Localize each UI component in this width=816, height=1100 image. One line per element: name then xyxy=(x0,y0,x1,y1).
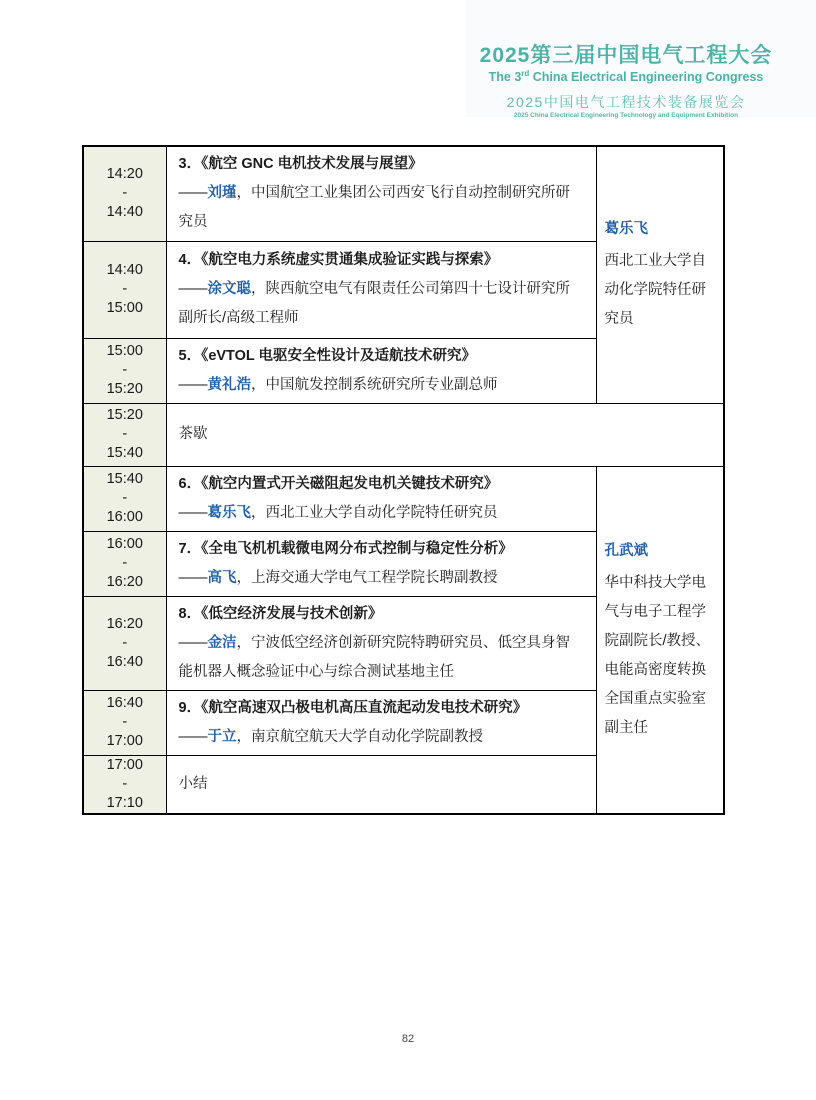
dash: —— xyxy=(179,281,208,297)
time-slot: 14:20 - 14:40 xyxy=(83,146,166,241)
congress-logo: 2025第三届中国电气工程大会 The 3rd China Electrical… xyxy=(458,44,794,119)
talk-speaker-line: ——葛乐飞，西北工业大学自动化学院特任研究员 xyxy=(179,499,584,528)
speaker-affiliation: ，西北工业大学自动化学院特任研究员 xyxy=(251,505,498,521)
talk-speaker-line: ——高飞，上海交通大学电气工程学院长聘副教授 xyxy=(179,564,584,593)
speaker-name: 涂文聪 xyxy=(208,281,252,297)
talk-cell: 4．《航空电力系统虚实贯通集成验证实践与探索》 ——涂文聪，陕西航空电气有限责任… xyxy=(166,241,596,338)
time-slot: 15:20 - 15:40 xyxy=(83,403,166,466)
time-slot: 17:00 - 17:10 xyxy=(83,755,166,814)
table-row: 15:40 - 16:00 6．《航空内置式开关磁阻起发电机关键技术研究》 ——… xyxy=(83,466,724,531)
talk-title: 4．《航空电力系统虚实贯通集成验证实践与探索》 xyxy=(179,246,584,275)
session-chair-cell: 孔武斌 华中科技大学电气与电子工程学院副院长/教授、电能高密度转换全国重点实验室… xyxy=(596,466,724,814)
dash: —— xyxy=(179,635,208,651)
dash: —— xyxy=(179,377,208,393)
time-slot: 16:00 - 16:20 xyxy=(83,531,166,596)
dash: —— xyxy=(179,185,208,201)
talk-title: 3．《航空 GNC 电机技术发展与展望》 xyxy=(179,150,584,179)
talk-speaker-line: ——于立，南京航空航天大学自动化学院副教授 xyxy=(179,723,584,752)
chair-affiliation: 西北工业大学自动化学院特任研究员 xyxy=(605,247,720,334)
talk-speaker-line: ——刘瑾，中国航空工业集团公司西安飞行自动控制研究所研究员 xyxy=(179,179,584,237)
chair-name: 孔武斌 xyxy=(605,537,720,566)
speaker-name: 葛乐飞 xyxy=(208,505,252,521)
talk-title: 8．《低空经济发展与技术创新》 xyxy=(179,600,584,629)
summary-cell: 小结 xyxy=(166,755,596,814)
speaker-name: 高飞 xyxy=(208,570,237,586)
talk-cell: 7．《全电飞机机载微电网分布式控制与稳定性分析》 ——高飞，上海交通大学电气工程… xyxy=(166,531,596,596)
time-slot: 14:40 - 15:00 xyxy=(83,241,166,338)
talk-cell: 9．《航空高速双凸极电机高压直流起动发电技术研究》 ——于立，南京航空航天大学自… xyxy=(166,690,596,755)
table-row: 14:20 - 14:40 3．《航空 GNC 电机技术发展与展望》 ——刘瑾，… xyxy=(83,146,724,241)
speaker-name: 于立 xyxy=(208,729,237,745)
page-number: 82 xyxy=(0,1033,816,1045)
talk-cell: 3．《航空 GNC 电机技术发展与展望》 ——刘瑾，中国航空工业集团公司西安飞行… xyxy=(166,146,596,241)
speaker-name: 黄礼浩 xyxy=(208,377,252,393)
session-chair-cell: 葛乐飞 西北工业大学自动化学院特任研究员 xyxy=(596,146,724,403)
congress-title-en: The 3rd China Electrical Engineering Con… xyxy=(458,69,794,85)
congress-title-cn: 2025第三届中国电气工程大会 xyxy=(458,44,794,68)
expo-title-cn: 2025中国电气工程技术装备展览会 xyxy=(458,94,794,110)
dash: —— xyxy=(179,505,208,521)
talk-cell: 8．《低空经济发展与技术创新》 ——金洁，宁波低空经济创新研究院特聘研究员、低空… xyxy=(166,596,596,690)
time-slot: 15:00 - 15:20 xyxy=(83,338,166,403)
expo-title-en: 2025 China Electrical Engineering Techno… xyxy=(458,112,794,119)
speaker-affiliation: ，南京航空航天大学自动化学院副教授 xyxy=(237,729,484,745)
talk-title: 6．《航空内置式开关磁阻起发电机关键技术研究》 xyxy=(179,470,584,499)
talk-cell: 6．《航空内置式开关磁阻起发电机关键技术研究》 ——葛乐飞，西北工业大学自动化学… xyxy=(166,466,596,531)
talk-speaker-line: ——黄礼浩，中国航发控制系统研究所专业副总师 xyxy=(179,371,584,400)
agenda-table: 14:20 - 14:40 3．《航空 GNC 电机技术发展与展望》 ——刘瑾，… xyxy=(82,145,725,815)
table-row-break: 15:20 - 15:40 茶歇 xyxy=(83,403,724,466)
time-slot: 16:20 - 16:40 xyxy=(83,596,166,690)
talk-cell: 5．《eVTOL 电驱安全性设计及适航技术研究》 ——黄礼浩，中国航发控制系统研… xyxy=(166,338,596,403)
chair-affiliation: 华中科技大学电气与电子工程学院副院长/教授、电能高密度转换全国重点实验室副主任 xyxy=(605,569,720,743)
talk-title: 9．《航空高速双凸极电机高压直流起动发电技术研究》 xyxy=(179,694,584,723)
talk-speaker-line: ——金洁，宁波低空经济创新研究院特聘研究员、低空具身智能机器人概念验证中心与综合… xyxy=(179,629,584,687)
speaker-affiliation: ，中国航空工业集团公司西安飞行自动控制研究所研究员 xyxy=(179,185,571,230)
speaker-name: 刘瑾 xyxy=(208,185,237,201)
talk-title: 7．《全电飞机机载微电网分布式控制与稳定性分析》 xyxy=(179,535,584,564)
time-slot: 16:40 - 17:00 xyxy=(83,690,166,755)
dash: —— xyxy=(179,729,208,745)
chair-name: 葛乐飞 xyxy=(605,215,720,244)
speaker-affiliation: ，上海交通大学电气工程学院长聘副教授 xyxy=(237,570,498,586)
break-cell: 茶歇 xyxy=(166,403,724,466)
dash: —— xyxy=(179,570,208,586)
talk-speaker-line: ——涂文聪，陕西航空电气有限责任公司第四十七设计研究所副所长/高级工程师 xyxy=(179,275,584,333)
speaker-name: 金洁 xyxy=(208,635,237,651)
speaker-affiliation: ，中国航发控制系统研究所专业副总师 xyxy=(251,377,498,393)
talk-title: 5．《eVTOL 电驱安全性设计及适航技术研究》 xyxy=(179,342,584,371)
time-slot: 15:40 - 16:00 xyxy=(83,466,166,531)
speaker-affiliation: ，宁波低空经济创新研究院特聘研究员、低空具身智能机器人概念验证中心与综合测试基地… xyxy=(179,635,571,680)
